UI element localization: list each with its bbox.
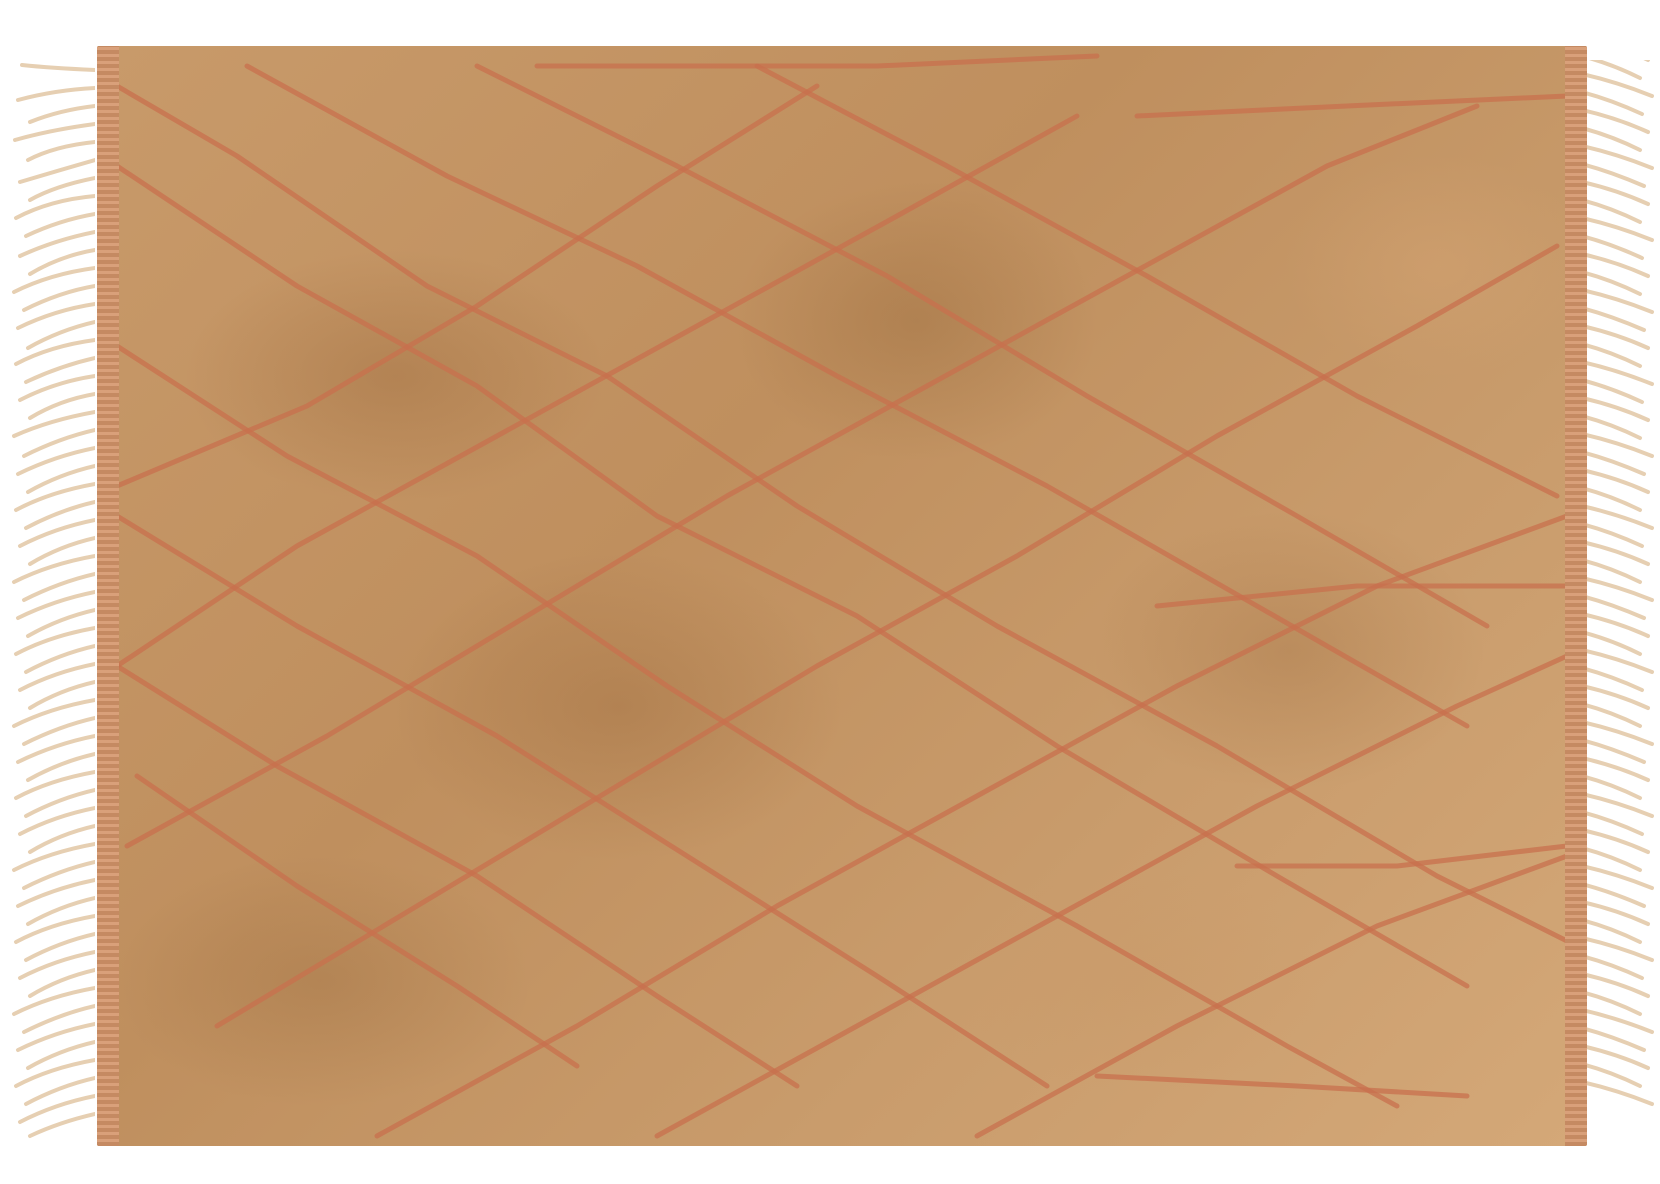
left-fringe [0, 60, 95, 1140]
left-selvedge [97, 46, 119, 1146]
right-selvedge [1565, 46, 1587, 1146]
diamond-lattice-pattern [97, 46, 1587, 1146]
fringe-left-graphic [0, 60, 95, 1140]
fringe-right-graphic [1582, 60, 1660, 1140]
rug [97, 46, 1587, 1146]
right-fringe [1582, 60, 1660, 1140]
